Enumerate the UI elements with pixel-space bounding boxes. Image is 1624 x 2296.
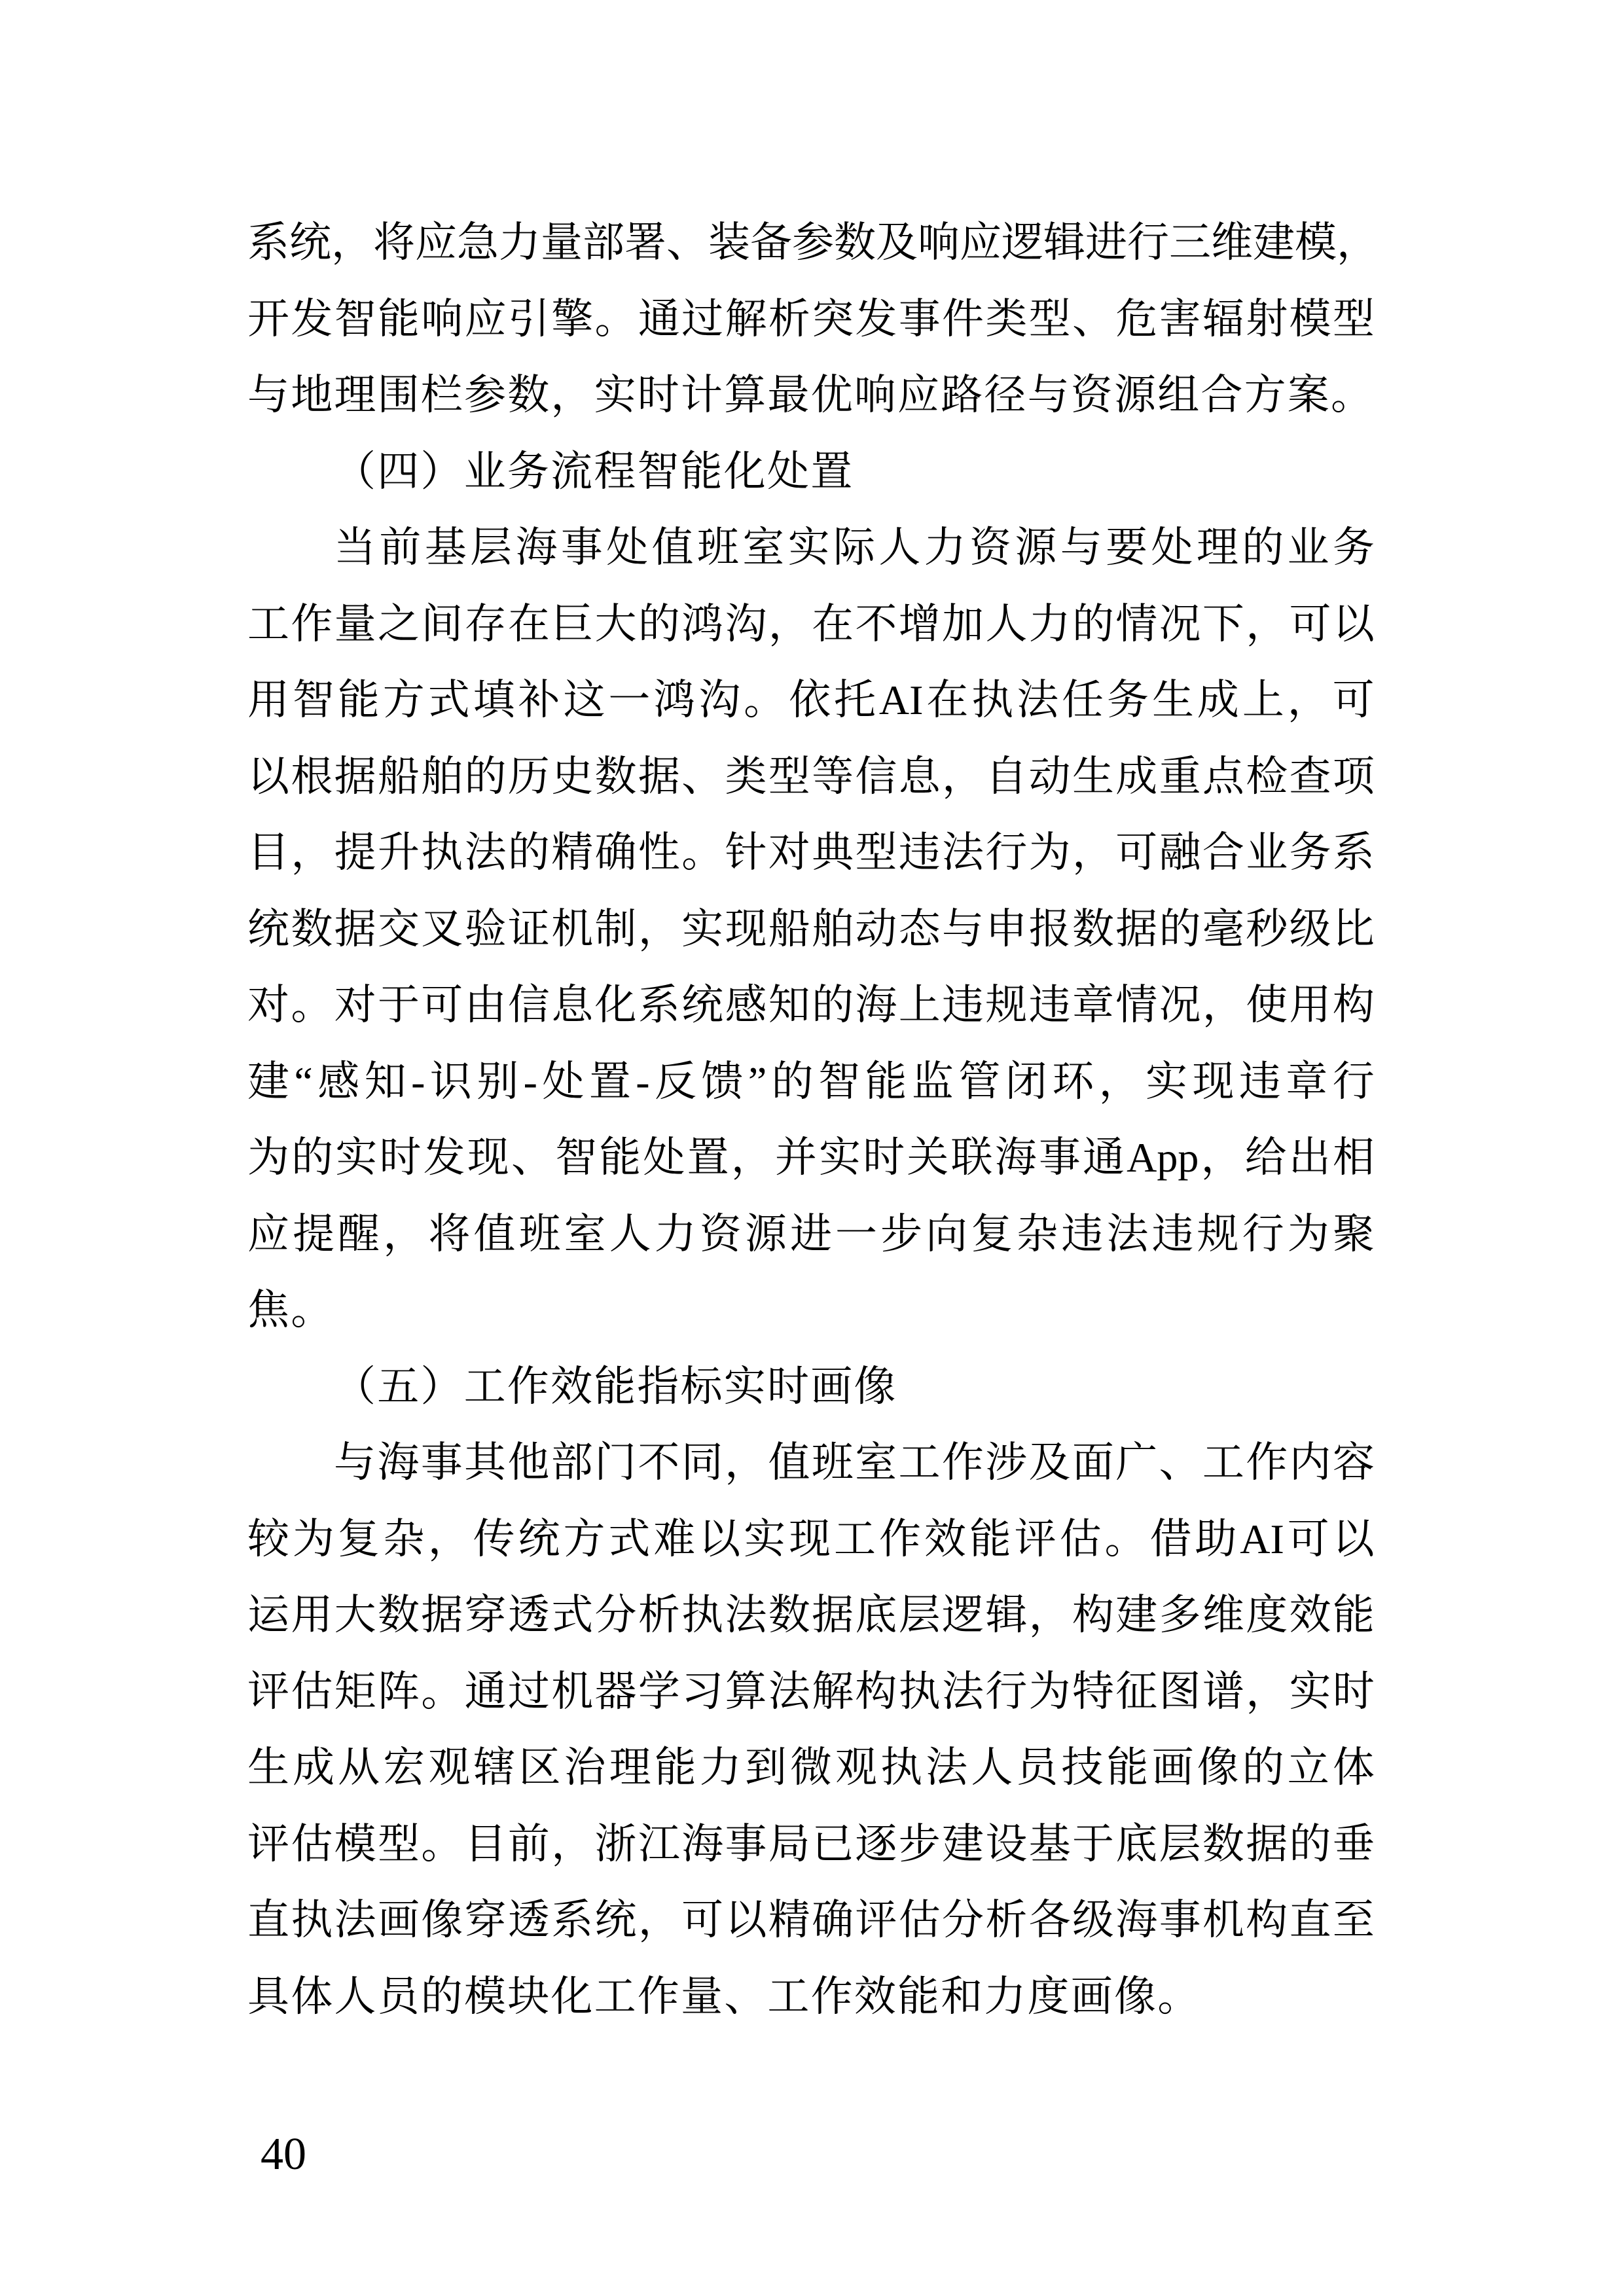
text-line: 建“感知-识别-处置-反馈”的智能监管闭环，实现违章行 [247,1044,1375,1121]
text-line: 与海事其他部门不同，值班室工作涉及面广、工作内容 [247,1425,1375,1501]
text-line: 当前基层海事处值班室实际人力资源与要处理的业务 [247,510,1375,586]
text-line: 评估矩阵。通过机器学习算法解构执法行为特征图谱，实时 [247,1654,1375,1731]
text-line: 直执法画像穿透系统，可以精确评估分析各级海事机构直至 [247,1882,1375,1959]
document-page: 系统，将应急力量部署、装备参数及响应逻辑进行三维建模，开发智能响应引擎。通过解析… [0,0,1624,2296]
text-line: 用智能方式填补这一鸿沟。依托AI在执法任务生成上，可 [247,662,1375,739]
text-line: 评估模型。目前，浙江海事局已逐步建设基于底层数据的垂 [247,1806,1375,1883]
text-line: 运用大数据穿透式分析执法数据底层逻辑，构建多维度效能 [247,1577,1375,1654]
text-line: 目，提升执法的精确性。针对典型违法行为，可融合业务系 [247,815,1375,891]
text-line: 焦。 [247,1272,1375,1349]
text-line: 开发智能响应引擎。通过解析突发事件类型、危害辐射模型 [247,281,1375,358]
text-line: 具体人员的模块化工作量、工作效能和力度画像。 [247,1959,1375,2036]
text-line: 生成从宏观辖区治理能力到微观执法人员技能画像的立体 [247,1730,1375,1806]
text-line: 统数据交叉验证机制，实现船舶动态与申报数据的毫秒级比 [247,891,1375,968]
text-line: 系统，将应急力量部署、装备参数及响应逻辑进行三维建模， [247,205,1375,281]
text-line: （四）业务流程智能化处置 [247,434,1375,511]
text-line: 对。对于可由信息化系统感知的海上违规违章情况，使用构 [247,967,1375,1044]
text-line: 与地理围栏参数，实时计算最优响应路径与资源组合方案。 [247,357,1375,434]
text-line: 较为复杂，传统方式难以实现工作效能评估。借助AI可以 [247,1501,1375,1578]
text-line: （五）工作效能指标实时画像 [247,1349,1375,1426]
text-line: 应提醒，将值班室人力资源进一步向复杂违法违规行为聚 [247,1196,1375,1273]
text-line: 为的实时发现、智能处置，并实时关联海事通App，给出相 [247,1120,1375,1196]
body-text: 系统，将应急力量部署、装备参数及响应逻辑进行三维建模，开发智能响应引擎。通过解析… [247,205,1375,2035]
text-line: 以根据船舶的历史数据、类型等信息，自动生成重点检查项 [247,739,1375,816]
page-number: 40 [261,2132,306,2178]
text-line: 工作量之间存在巨大的鸿沟，在不增加人力的情况下，可以 [247,586,1375,663]
